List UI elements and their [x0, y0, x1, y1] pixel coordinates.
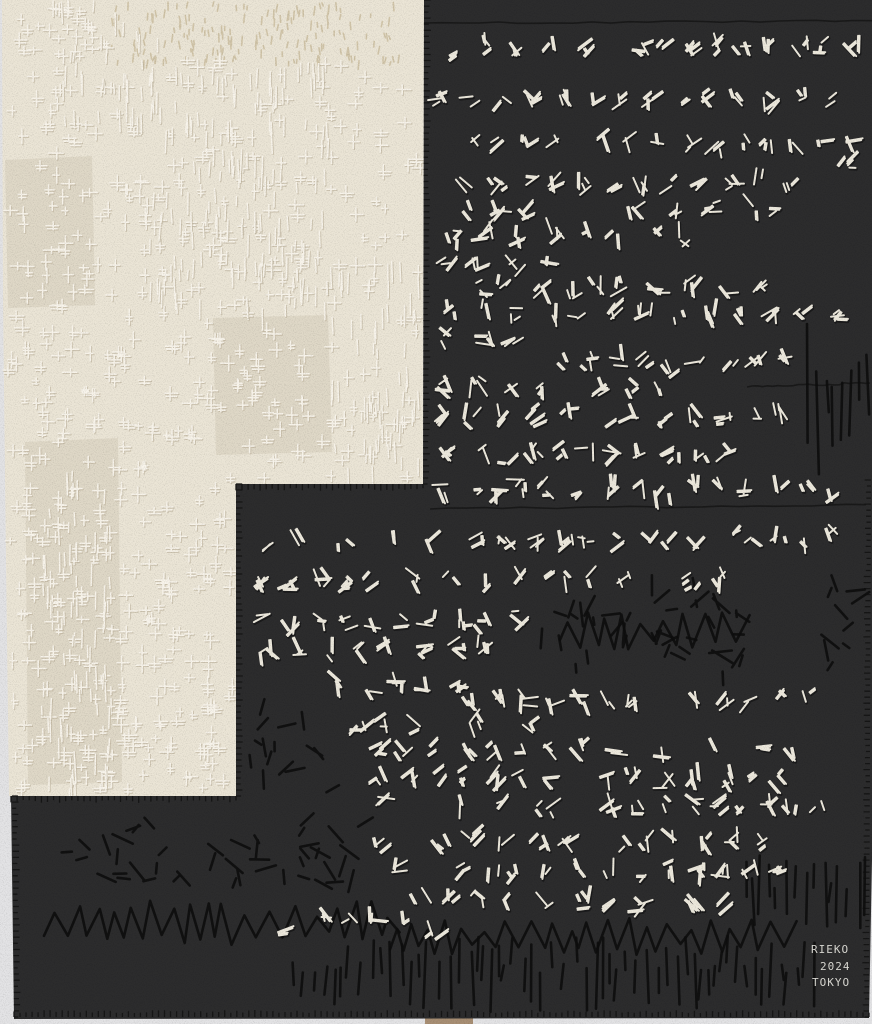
fabric-grain-texture	[0, 0, 872, 1024]
textile-artwork-photo: RIEKO 2024 TOKYO	[0, 0, 872, 1024]
